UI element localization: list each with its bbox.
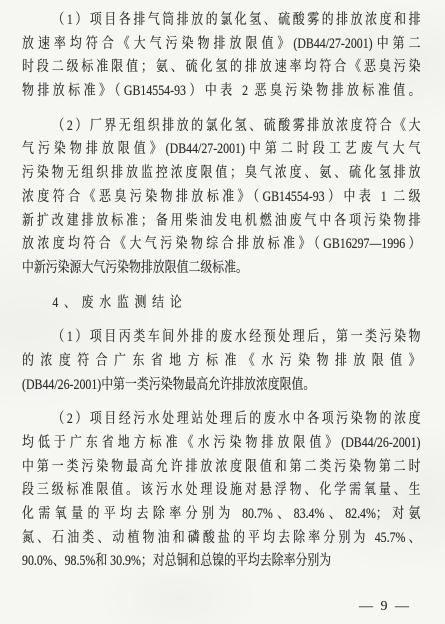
- text-line: 段三级标准限值。该污水处理设施对悬浮物、化学需氧量、生: [22, 479, 421, 503]
- text-line: (DB44/26-2001)中第一类污染物最高允许排放浓度限值。: [22, 374, 421, 398]
- text-line: 氮、石油类、动植物油和磷酸盐的平均去除率分别为 45.7%、: [22, 527, 421, 551]
- text-line: （2）项目经污水处理站处理后的废水中各项污染物的浓度: [22, 408, 421, 432]
- text-line: 时段二级标准限值；氨、硫化氢的排放速率均符合《恶臭污染: [22, 56, 421, 80]
- text-line: 90.0%、98.5%和 30.9%；对总铜和总镍的平均去除率分别为: [22, 550, 421, 574]
- text-line: （2）厂界无组织排放的氯化氢、硫酸雾排放浓度符合《大: [22, 115, 421, 139]
- paragraph-wastewater-station: （2）项目经污水处理站处理后的废水中各项污染物的浓度 均低于广东省地方标准《水污…: [22, 408, 422, 574]
- text-line: 中新污染源大气污染物排放限值二级标准。: [22, 257, 421, 281]
- document-body: （1）项目各排气筒排放的氯化氢、硫酸雾的排放浓度和排 放速率均符合《大气污染物排…: [22, 9, 422, 574]
- text-line: 化需氧量的平均去除率分别为 80.7%、83.4%、82.4%；对氨: [22, 503, 421, 527]
- text-line: 新扩改建排放标准；备用柴油发电机燃油废气中各项污染物排: [22, 210, 421, 234]
- text-line: 放浓度均符合《大气污染物综合排放标准》（GB16297—1996）: [22, 233, 421, 257]
- text-line: （1）项目丙类车间外排的废水经预处理后，第一类污染物: [22, 326, 421, 350]
- text-line: 放速率均符合《大气污染物排放限值》(DB44/27-2001)中第二: [22, 33, 421, 57]
- text-line: 浓度符合《恶臭污染物排放标准》（GB14554-93）中表 1 二级: [22, 186, 421, 210]
- text-line: 的浓度符合广东省地方标准《水污染物排放限值》: [22, 350, 421, 374]
- text-line: 污染物无组织排放监控浓度限值；臭气浓度、氨、硫化氢排放: [22, 162, 421, 186]
- paragraph-air-fugitive: （2）厂界无组织排放的氯化氢、硫酸雾排放浓度符合《大 气污染物排放限值》(DB4…: [22, 115, 422, 281]
- text-line: （1）项目各排气筒排放的氯化氢、硫酸雾的排放浓度和排: [22, 9, 421, 33]
- section-heading: 4、废水监测结论: [22, 292, 421, 316]
- document-page: （1）项目各排气筒排放的氯化氢、硫酸雾的排放浓度和排 放速率均符合《大气污染物排…: [0, 0, 445, 624]
- text-line: 均低于广东省地方标准《水污染物排放限值》(DB44/26-2001): [22, 432, 421, 456]
- text-line: 物排放标准》（GB14554-93）中表 2 恶臭污染物排放标准值。: [22, 80, 421, 104]
- paragraph-air-stack: （1）项目各排气筒排放的氯化氢、硫酸雾的排放浓度和排 放速率均符合《大气污染物排…: [22, 9, 422, 104]
- paragraph-wastewater-heading: 4、废水监测结论: [22, 292, 422, 316]
- page-number: — 9 —: [359, 599, 411, 615]
- text-line: 中第一类污染物最高允许排放浓度限值和第二类污染物第二时: [22, 456, 421, 480]
- paragraph-wastewater-pretreatment: （1）项目丙类车间外排的废水经预处理后，第一类污染物 的浓度符合广东省地方标准《…: [22, 326, 422, 397]
- text-line: 气污染物排放限值》(DB44/27-2001)中第二时段工艺废气大气: [22, 138, 421, 162]
